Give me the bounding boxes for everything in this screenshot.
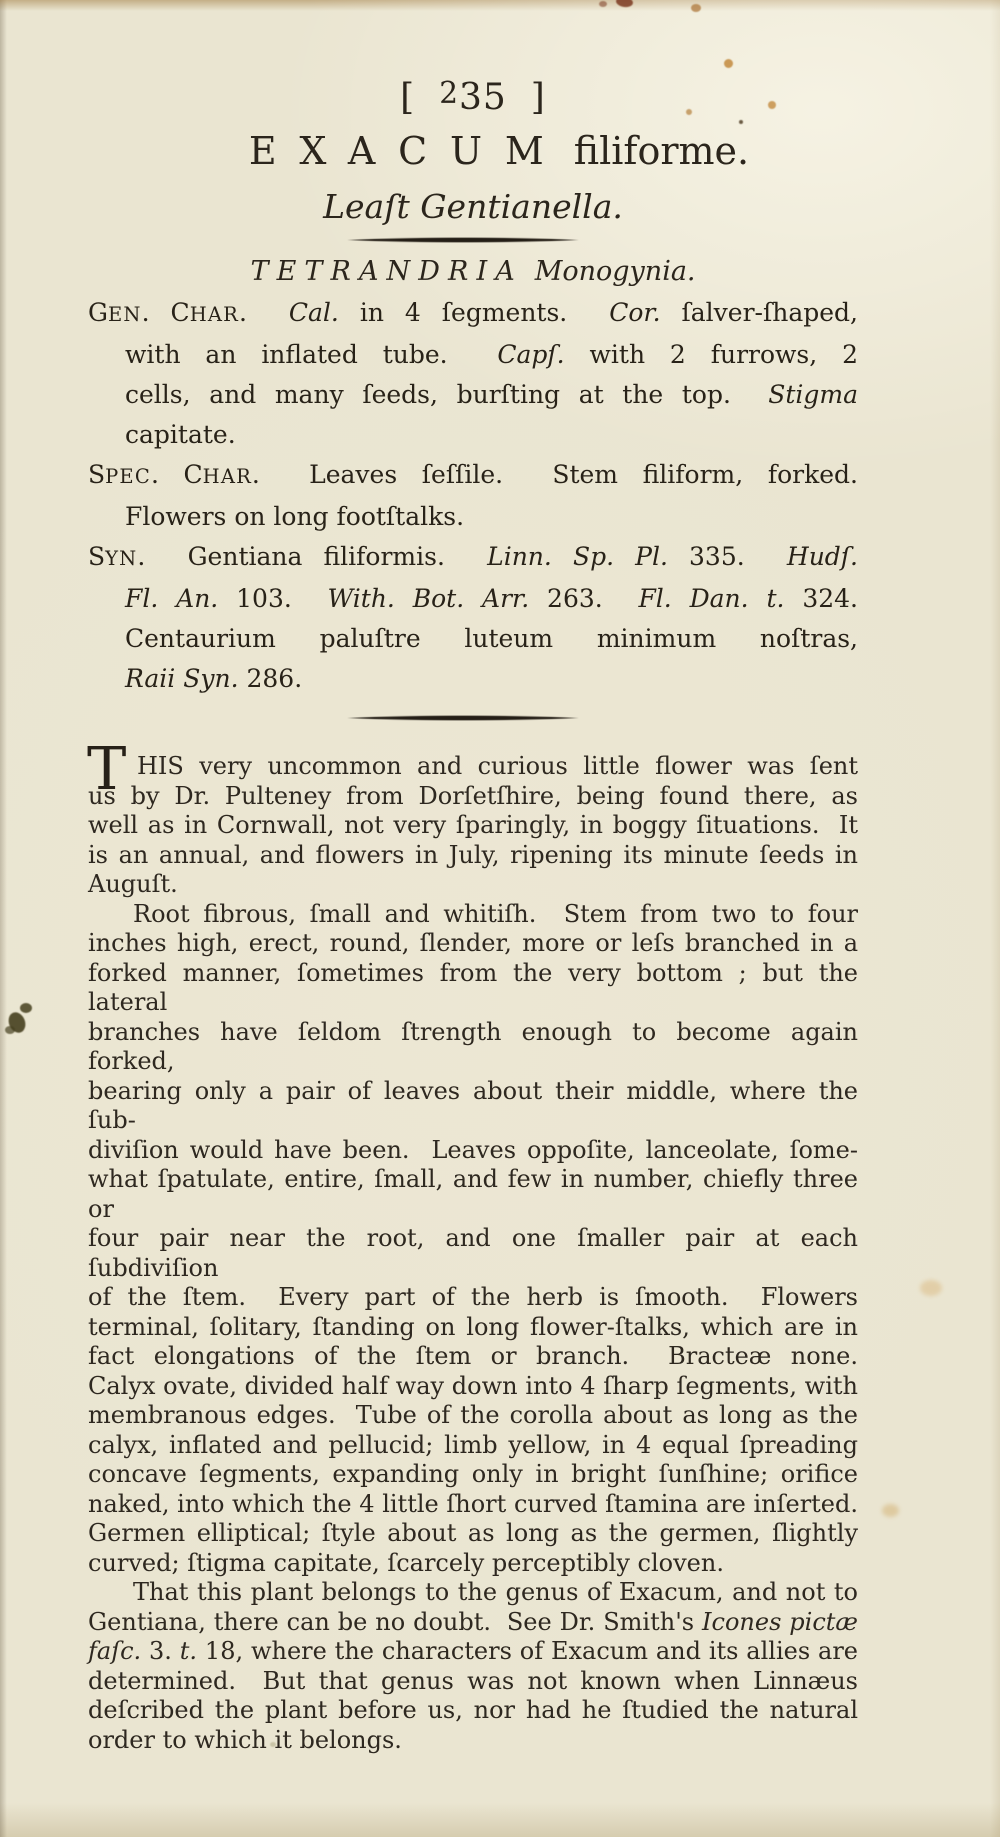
paragraph: T HIS very uncommon and curious little f… [88, 752, 858, 900]
text-line: Gentiana, there can be no doubt. See Dr.… [88, 1608, 858, 1638]
text-line: calyx, inflated and pellucid; limb yello… [88, 1431, 858, 1461]
text-line: what ſpatulate, entire, ſmall, and few i… [88, 1165, 858, 1224]
species-epithet: filiforme. [574, 129, 749, 173]
text-line: terminal, ſolitary, ſtanding on long flo… [88, 1313, 858, 1343]
text-line: concave ſegments, expanding only in brig… [88, 1460, 858, 1490]
text-line: Flowers on long footſtalks. [88, 497, 858, 537]
paragraph: That this plant belongs to the genus of … [88, 1578, 858, 1755]
text-line: us by Dr. Pulteney from Dorſetſhire, bei… [88, 782, 858, 812]
text-line: membranous edges. Tube of the corolla ab… [88, 1401, 858, 1431]
taxonomy-classification: TETRANDRIAMonogynia. [88, 256, 858, 288]
order-name: Monogynia. [535, 256, 696, 287]
text-line: GEN. CHAR. Cal. in 4 ſegments. Cor. ſalv… [88, 293, 858, 335]
text-line: That this plant belongs to the genus of … [88, 1578, 858, 1608]
text-line: faſc. 3. t. 18, where the characters of … [88, 1637, 858, 1667]
text-line: cells, and many ſeeds, burſting at the t… [88, 375, 858, 415]
syn-section: SYN. Gentiana filiformis. Linn. Sp. Pl. … [88, 537, 858, 699]
text-line: Calyx ovate, divided half way down into … [88, 1372, 858, 1402]
spec-char-section: SPEC. CHAR. Leaves ſeſſile. Stem filifor… [88, 455, 858, 537]
class-name: TETRANDRIA [250, 256, 522, 287]
text-line: bearing only a pair of leaves about thei… [88, 1077, 858, 1136]
text-line: Germen elliptical; ſtyle about as long a… [88, 1519, 858, 1549]
text-line: Centaurium paluſtre luteum minimum noſtr… [88, 619, 858, 659]
description-body: T HIS very uncommon and curious little f… [88, 752, 858, 1755]
text-line: Raii Syn. 286. [88, 659, 858, 699]
text-line: branches have ſeldom ſtrength enough to … [88, 1018, 858, 1077]
gen-char-section: GEN. CHAR. Cal. in 4 ſegments. Cor. ſalv… [88, 293, 858, 455]
stain-spot [882, 1504, 899, 1517]
text-column: [235] EXACUMfiliforme. Leaſt Gentianella… [88, 0, 858, 1755]
book-page: [235] EXACUMfiliforme. Leaſt Gentianella… [0, 0, 1000, 1837]
ornamental-rule-middle [347, 715, 579, 721]
text-line: deſcribed the plant before us, nor had h… [88, 1696, 858, 1726]
drop-cap-initial: T [87, 739, 126, 798]
text-line: inches high, erect, round, ſlender, more… [88, 929, 858, 959]
text-line: forked manner, ſometimes from the very b… [88, 959, 858, 1018]
text-line: curved; ſtigma capitate, ſcarcely percep… [88, 1549, 858, 1579]
text-line: Fl. An. 103. With. Bot. Arr. 263. Fl. Da… [88, 579, 858, 619]
page-number: [235] [88, 80, 858, 116]
text-line: four pair near the root, and one ſmaller… [88, 1224, 858, 1283]
ornamental-rule-top [347, 237, 579, 243]
genus-name: EXACUM [249, 129, 567, 173]
common-name-subtitle: Leaſt Gentianella. [88, 186, 858, 227]
text-line: Root fibrous, ſmall and whitiſh. Stem fr… [88, 900, 858, 930]
text-line: capitate. [88, 415, 858, 455]
text-line: determined. But that genus was not known… [88, 1667, 858, 1697]
ink-blot [20, 1003, 32, 1013]
character-sections: GEN. CHAR. Cal. in 4 ſegments. Cor. ſalv… [88, 293, 858, 699]
paragraph: Root fibrous, ſmall and whitiſh. Stem fr… [88, 900, 858, 1579]
text-line: of the ſtem. Every part of the herb is ſ… [88, 1283, 858, 1313]
text-line: Auguſt. [88, 870, 858, 900]
page-number-value: 235 [439, 77, 507, 118]
bracket-right-glyph: ] [531, 77, 546, 118]
bracket-left-glyph: [ [400, 77, 415, 118]
text-line: naked, into which the 4 little ſhort cur… [88, 1490, 858, 1520]
stain-spot [920, 1280, 942, 1296]
text-line: order to which it belongs. [88, 1726, 858, 1756]
text-line: is an annual, and flowers in July, ripen… [88, 841, 858, 871]
text-line: SYN. Gentiana filiformis. Linn. Sp. Pl. … [88, 537, 858, 579]
text-line: well as in Cornwall, not very ſparingly,… [88, 811, 858, 841]
text-line: HIS very uncommon and curious little flo… [88, 752, 858, 782]
text-line: SPEC. CHAR. Leaves ſeſſile. Stem filifor… [88, 455, 858, 497]
text-line: with an inflated tube. Capſ. with 2 furr… [88, 335, 858, 375]
text-line: diviſion would have been. Leaves oppoſit… [88, 1136, 858, 1166]
text-line: fact elongations of the ſtem or branch. … [88, 1342, 858, 1372]
ink-blot [5, 1026, 15, 1034]
species-title: EXACUMfiliforme. [114, 131, 884, 173]
